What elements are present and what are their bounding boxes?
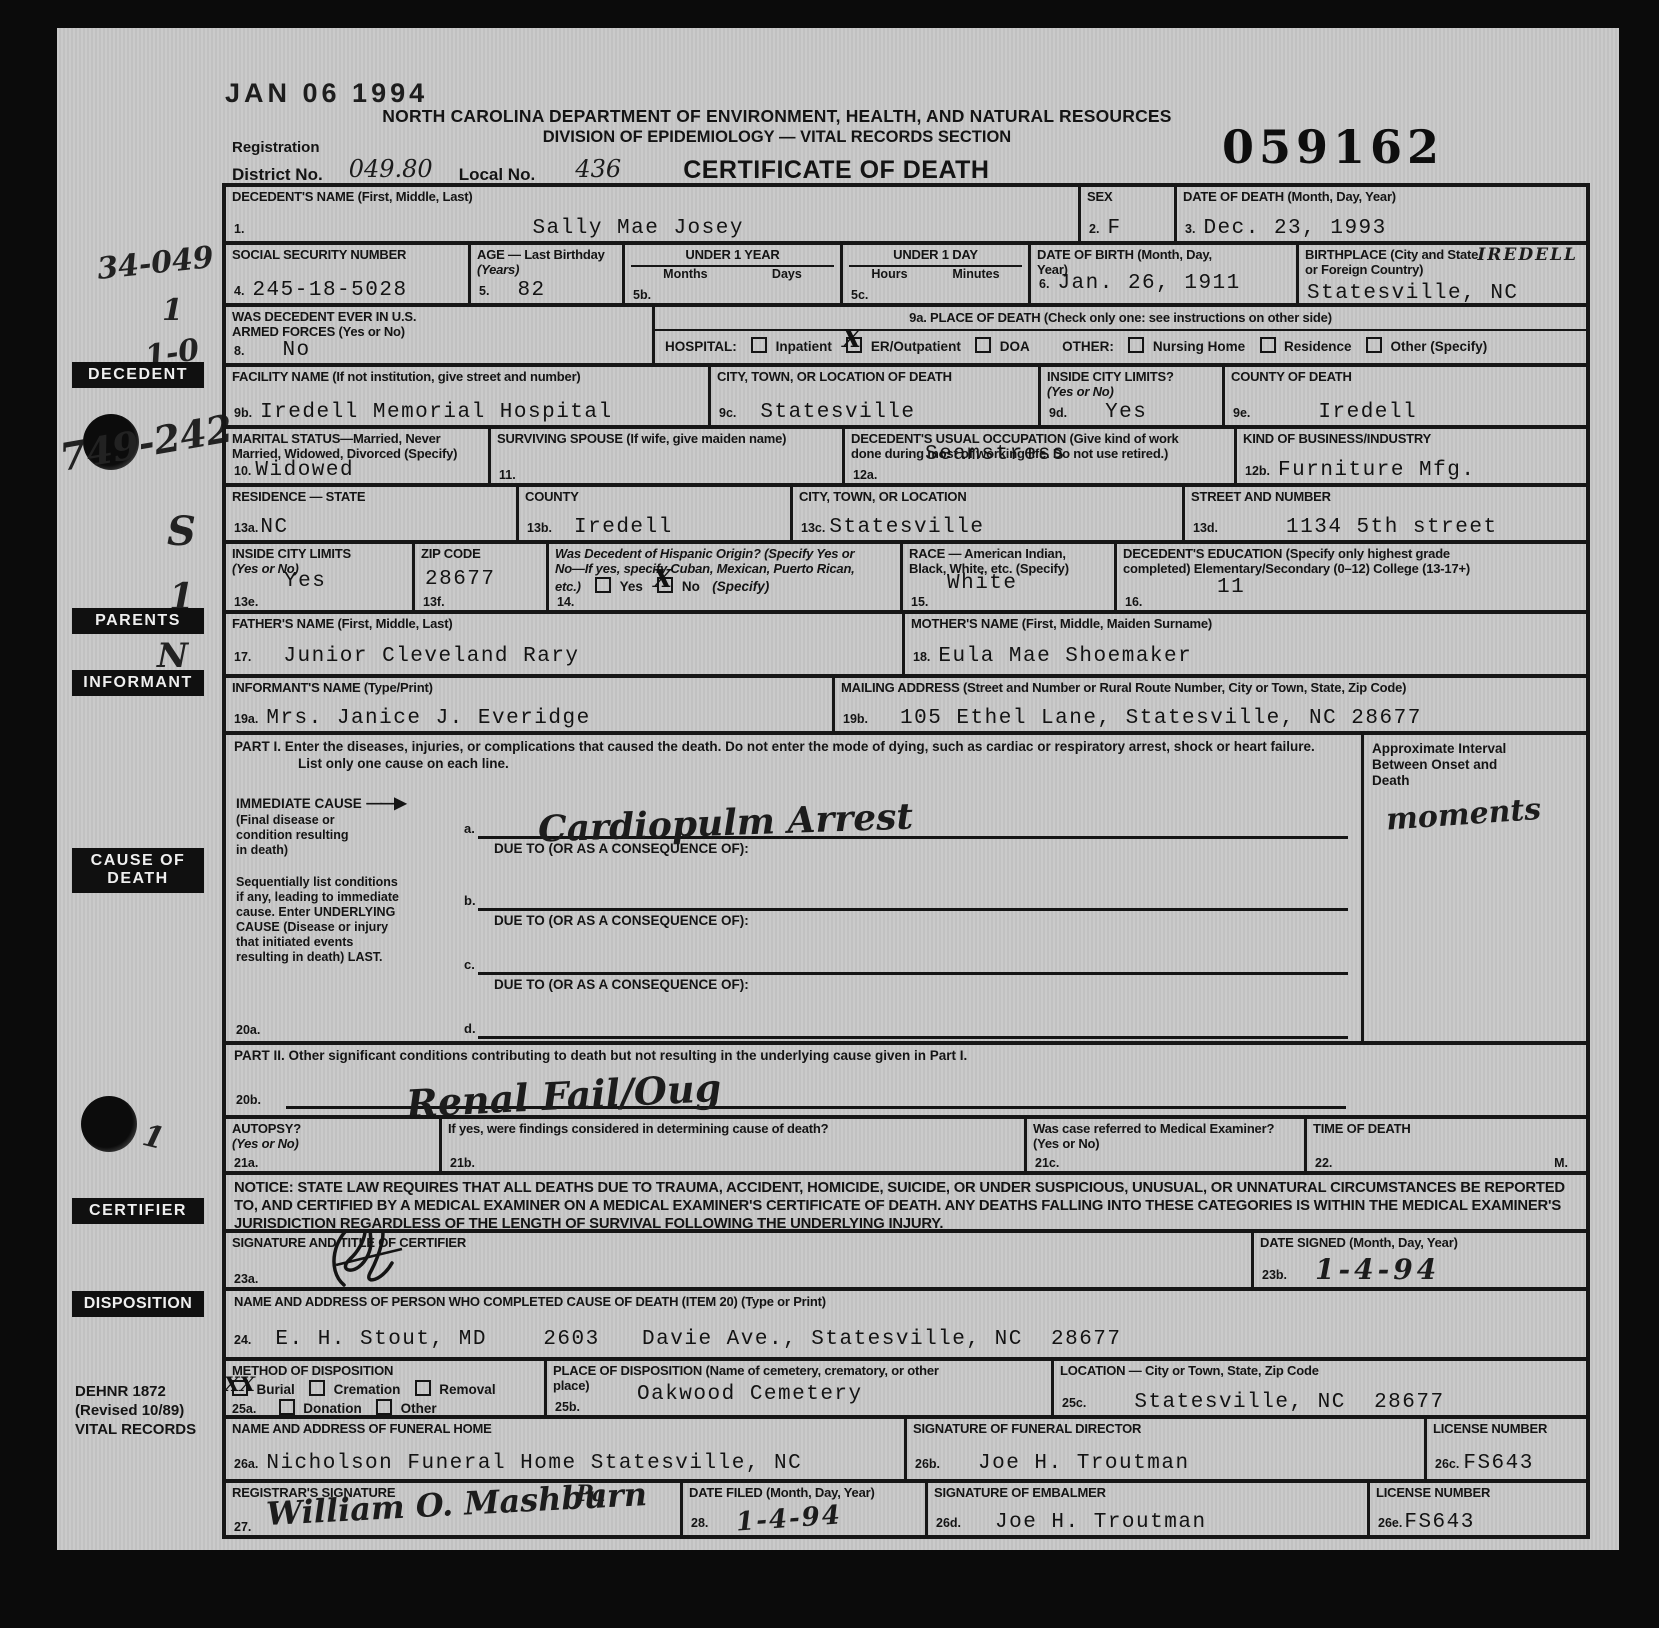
scanned-death-certificate: 34-049 1 1-0 DECEDENT 749-242 S 1 PARENT… xyxy=(0,0,1659,1628)
notice-heading: NOTICE: xyxy=(234,1180,293,1196)
field-sex: SEX 2.F xyxy=(1078,187,1174,241)
certificate-form: DECEDENT'S NAME (First, Middle, Last) 1.… xyxy=(222,183,1590,1539)
row-notice: NOTICE: STATE LAW REQUIRES THAT ALL DEAT… xyxy=(226,1171,1586,1229)
row-cause-completer: NAME AND ADDRESS OF PERSON WHO COMPLETED… xyxy=(226,1287,1586,1357)
field-inside-city-limits-res: INSIDE CITY LIMITS (Yes or No) Yes 13e. xyxy=(226,544,412,610)
field-education: DECEDENT'S EDUCATION (Specify only highe… xyxy=(1114,544,1586,610)
row-parents: FATHER'S NAME (First, Middle, Last) 17.J… xyxy=(226,610,1586,674)
due-to-label: DUE TO (OR AS A CONSEQUENCE OF): xyxy=(494,841,749,856)
certificate-title: CERTIFICATE OF DEATH xyxy=(683,156,989,185)
row-autopsy-examiner: AUTOPSY? (Yes or No) 21a. If yes, were f… xyxy=(226,1115,1586,1171)
field-date-signed: DATE SIGNED (Month, Day, Year) 23b.1-4-9… xyxy=(1251,1233,1586,1287)
field-number: 9b. xyxy=(234,406,252,420)
field-under-1-day: UNDER 1 DAY Hours Minutes 5c. xyxy=(840,245,1028,303)
option-label: Burial xyxy=(256,1382,294,1397)
field-city-of-death: CITY, TOWN, OR LOCATION OF DEATH 9c.Stat… xyxy=(708,367,1038,425)
field-label: COUNTY xyxy=(525,490,784,505)
field-number: 26b. xyxy=(915,1457,940,1471)
due-to-label: DUE TO (OR AS A CONSEQUENCE OF): xyxy=(494,977,749,992)
field-label: 9a. PLACE OF DEATH (Check only one: see … xyxy=(655,307,1586,331)
checkbox-hispanic-yes xyxy=(595,577,611,596)
registration-label: Registration xyxy=(232,140,1232,155)
checkbox-icon xyxy=(279,1399,295,1415)
field-number: 25b. xyxy=(555,1400,580,1414)
date-signed-handwriting: 1-4-94 xyxy=(1315,1253,1440,1286)
margin-note: 749-242 xyxy=(56,405,236,480)
part2-heading-text: Other significant conditions contributin… xyxy=(289,1048,968,1063)
field-label: MARITAL STATUS—Married, Never xyxy=(232,432,482,447)
field-marital-status: MARITAL STATUS—Married, Never Married, W… xyxy=(226,429,488,483)
field-inside-city-limits-death: INSIDE CITY LIMITS? (Yes or No) 9d.Yes xyxy=(1038,367,1222,425)
field-label: RACE — American Indian, xyxy=(909,547,1108,562)
local-no-label: Local No. xyxy=(459,165,536,185)
field-number: 21b. xyxy=(450,1156,475,1170)
part1-heading-line2: List only one cause on each line. xyxy=(298,756,509,773)
section-label-decedent: DECEDENT xyxy=(72,362,204,388)
disposition-options-line1: XX Burial Cremation Removal xyxy=(232,1380,538,1399)
field-location-of-disposition: LOCATION — City or Town, State, Zip Code… xyxy=(1051,1361,1586,1415)
field-label: completed) Elementary/Secondary (0–12) C… xyxy=(1123,562,1580,577)
checkbox-icon xyxy=(309,1380,325,1396)
checkbox-other-disposition xyxy=(376,1399,392,1415)
specify-label: (Specify) xyxy=(712,579,769,594)
notice-body: STATE LAW REQUIRES THAT ALL DEATHS DUE T… xyxy=(234,1180,1565,1232)
field-label: WAS DECEDENT EVER IN U.S. xyxy=(232,310,646,325)
field-value: White xyxy=(947,572,1018,595)
field-race: RACE — American Indian, Black, White, et… xyxy=(900,544,1114,610)
field-label: DECEDENT'S NAME (First, Middle, Last) xyxy=(232,190,1072,205)
handwritten-annotation: IREDELL xyxy=(1477,245,1578,265)
immediate-cause-label: IMMEDIATE CAUSE ——▶ (Final disease or co… xyxy=(236,793,451,858)
field-label: KIND OF BUSINESS/INDUSTRY xyxy=(1243,432,1580,447)
part1-heading-text: Enter the diseases, injuries, or complic… xyxy=(285,739,1315,754)
seq-line: CAUSE (Disease or injury xyxy=(236,920,456,935)
field-value: 245-18-5028 xyxy=(252,279,407,302)
field-value: 1134 5th street xyxy=(1286,516,1498,539)
option-label: Other xyxy=(401,1401,437,1415)
field-findings-considered: If yes, were findings considered in dete… xyxy=(439,1119,1024,1171)
field-value: Dec. 23, 1993 xyxy=(1203,217,1386,240)
field-license-number-embalmer: LICENSE NUMBER 26e.FS643 xyxy=(1367,1483,1586,1535)
form-number: DEHNR 1872 xyxy=(75,1383,166,1400)
field-value: Oakwood Cemetery xyxy=(637,1383,863,1406)
field-value: F xyxy=(1107,217,1121,240)
field-industry: KIND OF BUSINESS/INDUSTRY 12b.Furniture … xyxy=(1234,429,1586,483)
field-label: ZIP CODE xyxy=(421,547,540,562)
field-value: Statesville, NC xyxy=(1307,282,1519,303)
section-label-line: CAUSE OF xyxy=(91,852,186,869)
hole-punch xyxy=(81,1096,137,1152)
option-label: DOA xyxy=(1000,339,1030,354)
field-label: LICENSE NUMBER xyxy=(1376,1486,1580,1501)
field-number: 15. xyxy=(911,595,928,609)
field-number: 21c. xyxy=(1035,1156,1059,1170)
field-label: CITY, TOWN, OR LOCATION xyxy=(799,490,1176,505)
field-value: 105 Ethel Lane, Statesville, NC 28677 xyxy=(900,707,1422,730)
row-funeral-home: NAME AND ADDRESS OF FUNERAL HOME 26a.Nic… xyxy=(226,1415,1586,1479)
checkbox-residence xyxy=(1260,337,1276,356)
field-label: UNDER 1 YEAR xyxy=(631,248,834,267)
certifier-signature-scribble xyxy=(306,1233,456,1287)
checkbox-burial: XX xyxy=(232,1380,248,1399)
seq-line: if any, leading to immediate xyxy=(236,890,456,905)
field-place-of-disposition: PLACE OF DISPOSITION (Name of cemetery, … xyxy=(544,1361,1051,1415)
date-filed-handwriting: 1-4-94 xyxy=(735,1500,843,1535)
field-residence-street: STREET AND NUMBER 13d.1134 5th street xyxy=(1182,487,1586,540)
part2-number: 20b. xyxy=(236,1093,261,1107)
field-label: MOTHER'S NAME (First, Middle, Maiden Sur… xyxy=(911,617,1580,632)
margin-note: 1 xyxy=(162,293,183,328)
section-label-line: DEATH xyxy=(107,870,168,887)
field-number: 21a. xyxy=(234,1156,258,1170)
field-certifier-signature: SIGNATURE AND TITLE OF CERTIFIER 23a. xyxy=(226,1233,1251,1287)
field-registrar-signature: REGISTRAR'S SIGNATURE William O. Mashbur… xyxy=(226,1483,680,1535)
field-label: DATE FILED (Month, Day, Year) xyxy=(689,1486,919,1501)
row-residence: RESIDENCE — STATE 13a.NC COUNTY 13b.Ired… xyxy=(226,483,1586,540)
field-value: NC xyxy=(260,516,288,539)
disposition-options-line2: 25a. Donation Other xyxy=(232,1399,538,1415)
row-certifier-signature: SIGNATURE AND TITLE OF CERTIFIER 23a. DA… xyxy=(226,1229,1586,1287)
field-value: Statesville, NC 28677 xyxy=(1134,1391,1444,1414)
field-label: SIGNATURE OF EMBALMER xyxy=(934,1486,1361,1501)
field-label: PLACE OF DISPOSITION (Name of cemetery, … xyxy=(553,1364,1045,1379)
field-number: 5. xyxy=(479,284,489,298)
cause-line-a: Cardiopulm Arrest xyxy=(478,803,1348,839)
field-label: SIGNATURE OF FUNERAL DIRECTOR xyxy=(913,1422,1418,1437)
field-number: 5b. xyxy=(633,288,651,302)
date-received-stamp: JAN 06 1994 xyxy=(225,78,428,109)
field-label: RESIDENCE — STATE xyxy=(232,490,510,505)
other-label: OTHER: xyxy=(1062,339,1114,354)
part1-number: 20a. xyxy=(236,1023,260,1037)
field-value: FS643 xyxy=(1463,1452,1534,1475)
interval-label: Approximate Interval xyxy=(1372,741,1578,757)
field-number: 25c. xyxy=(1062,1396,1086,1410)
field-number: 10. xyxy=(234,464,251,478)
due-to-label: DUE TO (OR AS A CONSEQUENCE OF): xyxy=(494,913,749,928)
field-number: 25a. xyxy=(232,1402,256,1415)
immediate-cause-sub: (Final disease or xyxy=(236,813,451,828)
field-embalmer-signature: SIGNATURE OF EMBALMER 26d.Joe H. Troutma… xyxy=(925,1483,1367,1535)
field-number: 3. xyxy=(1185,222,1195,236)
certificate-paper: 34-049 1 1-0 DECEDENT 749-242 S 1 PARENT… xyxy=(57,28,1619,1550)
checkbox-inpatient xyxy=(751,337,767,356)
checkbox-icon xyxy=(975,337,991,353)
part2-heading: PART II. xyxy=(234,1048,285,1063)
field-number: 19a. xyxy=(234,712,258,726)
field-place-of-death: 9a. PLACE OF DEATH (Check only one: see … xyxy=(652,307,1586,363)
district-no-value: 049.80 xyxy=(331,155,451,185)
field-label: COUNTY OF DEATH xyxy=(1231,370,1580,385)
field-informant-name: INFORMANT'S NAME (Type/Print) 19a.Mrs. J… xyxy=(226,678,832,731)
field-value: 82 xyxy=(517,279,545,302)
field-number: 9e. xyxy=(1233,406,1250,420)
field-date-of-death: DATE OF DEATH (Month, Day, Year) 3.Dec. … xyxy=(1174,187,1586,241)
minutes-label: Minutes xyxy=(952,267,999,281)
option-label: Other (Specify) xyxy=(1390,339,1487,354)
checkbox-icon xyxy=(415,1380,431,1396)
checkbox-icon xyxy=(1260,337,1276,353)
field-number: 1. xyxy=(234,222,244,236)
checkbox-mark: X xyxy=(653,564,672,593)
field-decedent-name: DECEDENT'S NAME (First, Middle, Last) 1.… xyxy=(226,187,1078,241)
field-date-of-birth: DATE OF BIRTH (Month, Day, Year) 6.Jan. … xyxy=(1028,245,1296,303)
field-sublabel: (Years) xyxy=(477,263,616,278)
field-number: 12b. xyxy=(1245,464,1270,478)
field-label: (Yes or No) xyxy=(232,1137,433,1152)
interval-label: Death xyxy=(1372,773,1578,789)
seq-line: cause. Enter UNDERLYING xyxy=(236,905,456,920)
margin-note: S xyxy=(167,508,196,555)
row-informant: INFORMANT'S NAME (Type/Print) 19a.Mrs. J… xyxy=(226,674,1586,731)
seq-line: Sequentially list conditions xyxy=(236,875,456,890)
field-number: 14. xyxy=(557,595,574,609)
row-facility: FACILITY NAME (If not institution, give … xyxy=(226,363,1586,425)
field-value: Junior Cleveland Rary xyxy=(283,645,579,668)
hospital-label: HOSPITAL: xyxy=(665,339,737,354)
field-label: STREET AND NUMBER xyxy=(1191,490,1580,505)
field-number: 26a. xyxy=(234,1457,258,1471)
months-label: Months xyxy=(663,267,707,281)
field-value: Jan. 26, 1911 xyxy=(1057,272,1240,295)
immediate-cause-sub: condition resulting xyxy=(236,828,451,843)
field-label: INSIDE CITY LIMITS? xyxy=(1047,370,1216,385)
field-zip-code: ZIP CODE 28677 13f. xyxy=(412,544,546,610)
part1-main: PART I. Enter the diseases, injuries, or… xyxy=(226,735,1361,1041)
field-label: LICENSE NUMBER xyxy=(1433,1422,1580,1437)
interval-label: Between Onset and xyxy=(1372,757,1578,773)
field-under-1-year: UNDER 1 YEAR Months Days 5b. xyxy=(622,245,840,303)
line-d-label: d. xyxy=(464,1021,476,1036)
option-label: Residence xyxy=(1284,339,1352,354)
part1-heading: PART I. xyxy=(234,739,281,754)
field-label: SOCIAL SECURITY NUMBER xyxy=(232,248,462,263)
section-label-parents: PARENTS xyxy=(72,608,204,634)
sequential-conditions-label: Sequentially list conditions if any, lea… xyxy=(236,875,456,965)
field-value: Mrs. Janice J. Everidge xyxy=(266,707,590,730)
field-value: 28677 xyxy=(425,568,496,591)
field-label: Was case referred to Medical Examiner? (… xyxy=(1033,1122,1298,1151)
local-no-value: 436 xyxy=(543,155,653,185)
field-label: INFORMANT'S NAME (Type/Print) xyxy=(232,681,826,696)
field-number: 6. xyxy=(1039,277,1049,291)
field-label: DATE OF BIRTH (Month, Day, xyxy=(1037,248,1290,263)
option-label: Inpatient xyxy=(776,339,832,354)
checkbox-icon xyxy=(751,337,767,353)
field-label: ARMED FORCES (Yes or No) xyxy=(232,325,646,340)
line-b-label: b. xyxy=(464,893,476,908)
option-label: Donation xyxy=(303,1401,362,1415)
field-birthplace: BIRTHPLACE (City and State or Foreign Co… xyxy=(1296,245,1586,303)
field-value: 11 xyxy=(1217,576,1245,599)
field-residence-county: COUNTY 13b.Iredell xyxy=(516,487,790,540)
part1-title: PART I. Enter the diseases, injuries, or… xyxy=(226,735,1361,773)
field-occupation: DECEDENT'S USUAL OCCUPATION (Give kind o… xyxy=(842,429,1234,483)
field-number: 17. xyxy=(234,650,251,664)
field-number: 8. xyxy=(234,344,244,358)
row-decedent-name: DECEDENT'S NAME (First, Middle, Last) 1.… xyxy=(226,187,1586,241)
field-label: AGE — Last Birthday xyxy=(477,248,616,263)
arrow-head: ▶ xyxy=(394,795,404,812)
field-number: 13d. xyxy=(1193,521,1218,535)
part1-cause-of-death: PART I. Enter the diseases, injuries, or… xyxy=(226,731,1586,1041)
field-label: etc.) xyxy=(555,579,581,594)
field-label: INSIDE CITY LIMITS xyxy=(232,547,406,562)
field-number: 26c. xyxy=(1435,1457,1459,1471)
checkbox-donation xyxy=(279,1399,295,1415)
notice-text: NOTICE: STATE LAW REQUIRES THAT ALL DEAT… xyxy=(226,1175,1586,1237)
form-number-block: DEHNR 1872 (Revised 10/89) VITAL RECORDS xyxy=(75,1383,196,1439)
field-facility-name: FACILITY NAME (If not institution, give … xyxy=(226,367,708,425)
field-label: DECEDENT'S EDUCATION (Specify only highe… xyxy=(1123,547,1580,562)
field-number: 28. xyxy=(691,1516,708,1530)
field-label: MAILING ADDRESS (Street and Number or Ru… xyxy=(841,681,1580,696)
department-title: NORTH CAROLINA DEPARTMENT OF ENVIRONMENT… xyxy=(222,106,1332,127)
option-label: Yes xyxy=(620,579,643,594)
part2-other-conditions: PART II. Other significant conditions co… xyxy=(226,1041,1586,1115)
hours-label: Hours xyxy=(871,267,907,281)
field-label: NAME AND ADDRESS OF FUNERAL HOME xyxy=(232,1422,898,1437)
cause-line-c xyxy=(478,939,1348,975)
field-number: 26d. xyxy=(936,1516,961,1530)
field-label: No—If yes, specify Cuban, Mexican, Puert… xyxy=(555,562,894,577)
field-value: Sally Mae Josey xyxy=(532,217,744,240)
registrar-handwriting-suffix: Pa xyxy=(576,1483,606,1507)
field-label: DATE SIGNED (Month, Day, Year) xyxy=(1260,1236,1580,1251)
field-date-filed: DATE FILED (Month, Day, Year) 28.1-4-94 xyxy=(680,1483,925,1535)
field-number: 16. xyxy=(1125,595,1142,609)
field-number: 2. xyxy=(1089,222,1099,236)
form-office: VITAL RECORDS xyxy=(75,1421,196,1438)
field-sublabels: Months Days xyxy=(631,267,834,281)
section-label-cause-of-death: CAUSE OFDEATH xyxy=(72,848,204,893)
checkbox-icon xyxy=(1366,337,1382,353)
hispanic-options: etc.) Yes X No (Specify) xyxy=(555,577,894,596)
district-no-label: District No. xyxy=(232,165,323,185)
field-label: Was Decedent of Hispanic Origin? (Specif… xyxy=(555,547,894,562)
checkbox-er-outpatient: X xyxy=(846,337,862,356)
checkbox-removal xyxy=(415,1380,431,1399)
margin-note: 1 xyxy=(139,1118,168,1157)
field-value: Yes xyxy=(284,570,326,593)
checkbox-icon xyxy=(595,577,611,593)
field-number: 13a. xyxy=(234,521,258,535)
checkbox-hispanic-no: X xyxy=(657,577,673,596)
field-funeral-director-signature: SIGNATURE OF FUNERAL DIRECTOR 26b.Joe H.… xyxy=(904,1419,1424,1479)
field-value: Eula Mae Shoemaker xyxy=(938,645,1192,668)
checkbox-mark: X xyxy=(842,324,861,353)
row-marital-occupation: MARITAL STATUS—Married, Never Married, W… xyxy=(226,425,1586,483)
field-number: 18. xyxy=(913,650,930,664)
checkbox-icon xyxy=(376,1399,392,1415)
meridiem-label: M. xyxy=(1554,1156,1568,1170)
cause-line-d xyxy=(478,1003,1348,1039)
field-value: E. H. Stout, MD 2603 Davie Ave., Statesv… xyxy=(275,1328,1121,1351)
field-number: 19b. xyxy=(843,712,868,726)
immediate-cause-sub: in death) xyxy=(236,843,451,858)
row-registrar: REGISTRAR'S SIGNATURE William O. Mashbur… xyxy=(226,1479,1586,1535)
section-label-informant: INFORMANT xyxy=(72,670,204,696)
line-a-label: a. xyxy=(464,821,475,836)
field-autopsy: AUTOPSY? (Yes or No) 21a. xyxy=(226,1119,439,1171)
option-label: Cremation xyxy=(334,1382,401,1397)
field-number: 12a. xyxy=(853,468,877,482)
seq-line: resulting in death) LAST. xyxy=(236,950,456,965)
field-value: Seamstress xyxy=(925,443,1066,466)
field-number: 13b. xyxy=(527,521,552,535)
field-value: Statesville xyxy=(760,401,915,424)
seq-line: that initiated events xyxy=(236,935,456,950)
field-value: Nicholson Funeral Home Statesville, NC xyxy=(266,1452,802,1475)
field-age: AGE — Last Birthday (Years) 5.82 xyxy=(468,245,622,303)
field-funeral-home: NAME AND ADDRESS OF FUNERAL HOME 26a.Nic… xyxy=(226,1419,904,1479)
field-value: Furniture Mfg. xyxy=(1278,459,1475,482)
field-number: 13f. xyxy=(423,595,445,609)
section-label-certifier: CERTIFIER xyxy=(72,1198,204,1224)
field-ssn: SOCIAL SECURITY NUMBER 4.245-18-5028 xyxy=(226,245,468,303)
field-label: If yes, were findings considered in dete… xyxy=(448,1122,1018,1137)
row-disposition: METHOD OF DISPOSITION XX Burial Crematio… xyxy=(226,1357,1586,1415)
field-value: FS643 xyxy=(1404,1511,1475,1534)
field-label: AUTOPSY? xyxy=(232,1122,433,1137)
interval-handwriting: moments xyxy=(1385,789,1579,837)
option-label: ER/Outpatient xyxy=(871,339,961,354)
field-label: DATE OF DEATH (Month, Day, Year) xyxy=(1183,190,1580,205)
row-armed-forces-place-of-death: WAS DECEDENT EVER IN U.S. ARMED FORCES (… xyxy=(226,303,1586,363)
field-label: CITY, TOWN, OR LOCATION OF DEATH xyxy=(717,370,1032,385)
field-number: 23a. xyxy=(234,1272,258,1286)
form-revision: (Revised 10/89) xyxy=(75,1402,184,1419)
option-label: No xyxy=(682,579,700,594)
field-value: Iredell xyxy=(574,516,673,539)
field-residence-city: CITY, TOWN, OR LOCATION 13c.Statesville xyxy=(790,487,1182,540)
field-father-name: FATHER'S NAME (First, Middle, Last) 17.J… xyxy=(226,614,902,674)
field-label: SURVIVING SPOUSE (If wife, give maiden n… xyxy=(497,432,836,447)
field-number: 13e. xyxy=(234,595,258,609)
field-number: 22. xyxy=(1315,1156,1332,1170)
field-number: 26e. xyxy=(1378,1516,1402,1530)
field-county-of-death: COUNTY OF DEATH 9e.Iredell xyxy=(1222,367,1586,425)
part2-title: PART II. Other significant conditions co… xyxy=(226,1045,1586,1065)
checkbox-other xyxy=(1366,337,1382,356)
field-number: 9c. xyxy=(719,406,736,420)
field-number: 24. xyxy=(234,1333,251,1347)
field-surviving-spouse: SURVIVING SPOUSE (If wife, give maiden n… xyxy=(488,429,842,483)
field-label: TIME OF DEATH xyxy=(1313,1122,1580,1137)
field-hispanic-origin: Was Decedent of Hispanic Origin? (Specif… xyxy=(546,544,900,610)
field-number: 27. xyxy=(234,1520,251,1534)
checkbox-icon xyxy=(1128,337,1144,353)
field-value: Statesville xyxy=(829,516,984,539)
checkbox-cremation xyxy=(309,1380,325,1399)
days-label: Days xyxy=(772,267,802,281)
field-value: Joe H. Troutman xyxy=(978,1452,1190,1475)
field-label: NAME AND ADDRESS OF PERSON WHO COMPLETED… xyxy=(226,1291,1586,1310)
certificate-serial-number: 059162 xyxy=(1222,120,1444,174)
immediate-cause-text: IMMEDIATE CAUSE xyxy=(236,796,362,811)
field-label: UNDER 1 DAY xyxy=(849,248,1022,267)
field-number: 11. xyxy=(499,468,516,482)
field-residence-state: RESIDENCE — STATE 13a.NC xyxy=(226,487,516,540)
cause-line-b xyxy=(478,875,1348,911)
field-value: Iredell xyxy=(1318,401,1417,424)
field-number: 9d. xyxy=(1049,406,1067,420)
field-number: 5c. xyxy=(851,288,868,302)
row-zip-hispanic-race-education: INSIDE CITY LIMITS (Yes or No) Yes 13e. … xyxy=(226,540,1586,610)
field-sublabels: Hours Minutes xyxy=(849,267,1022,281)
field-time-of-death: TIME OF DEATH 22.M. xyxy=(1304,1119,1586,1171)
option-label: Nursing Home xyxy=(1153,339,1245,354)
